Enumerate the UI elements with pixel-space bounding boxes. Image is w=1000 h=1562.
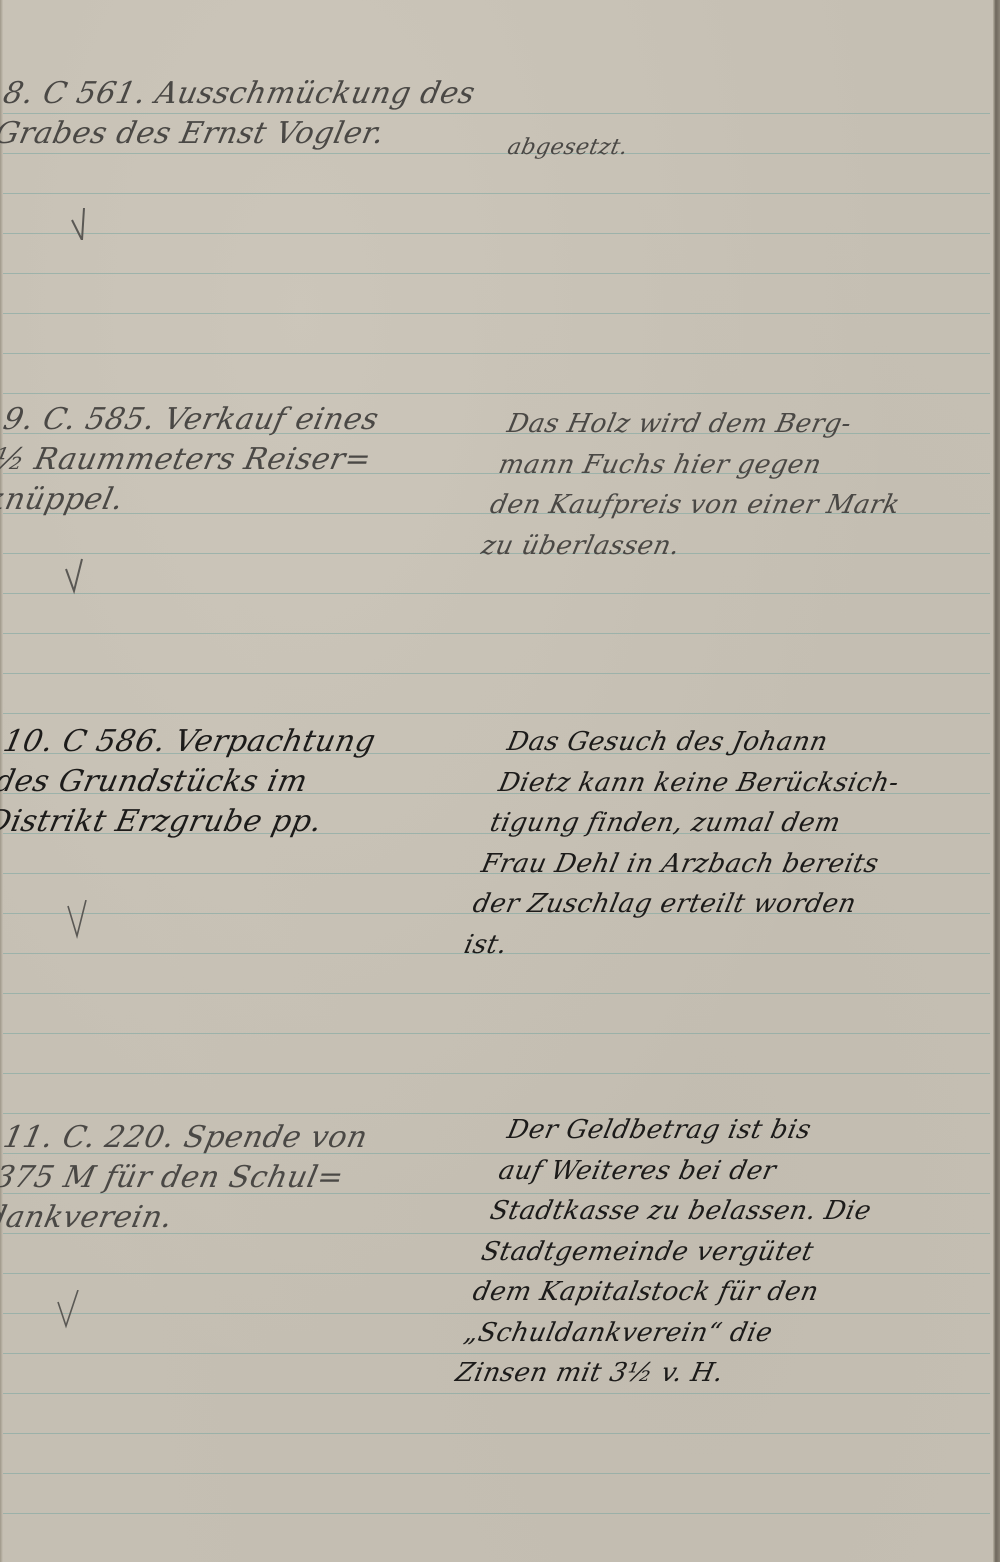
ruled-line [0,1073,990,1074]
ruled-line [0,1033,990,1034]
ruled-line [0,673,990,674]
ruled-line [0,273,990,274]
checkmark-icon [62,555,86,595]
entry-10-subject: 10. C 586. Verpachtung des Grundstücks i… [0,722,488,842]
ruled-line [0,193,990,194]
entry-9-subject: 9. C. 585. Verkauf eines ½ Raummeters Re… [0,400,488,520]
ruled-line [0,593,990,594]
checkmark-icon [56,1290,80,1330]
entry-10-decision: Das Gesuch des Johann Dietz kann keine B… [460,722,982,965]
ruled-line [0,353,990,354]
ruled-line [0,993,990,994]
entry-8-subject: 8. C 561. Ausschmückung des Grabes des E… [0,74,488,154]
entry-11-decision: Der Geldbetrag ist bis auf Weiteres bei … [452,1110,982,1394]
ruled-line [0,1433,990,1434]
entry-8-decision: abgesetzt. [503,128,982,169]
entry-9-decision: Das Holz wird dem Berg- mann Fuchs hier … [478,404,982,566]
ruled-line [0,393,990,394]
ruled-line [0,313,990,314]
checkmark-icon [68,200,92,240]
checkmark-icon [66,900,90,940]
page-edge-right [993,0,1000,1562]
ruled-line [0,233,990,234]
ruled-line [0,1473,990,1474]
ruled-line [0,713,990,714]
ruled-line [0,633,990,634]
ruled-line [0,1513,990,1514]
ledger-page: 8. C 561. Ausschmückung des Grabes des E… [0,0,1000,1562]
entry-11-subject: 11. C. 220. Spende von 375 M für den Sch… [0,1118,488,1238]
